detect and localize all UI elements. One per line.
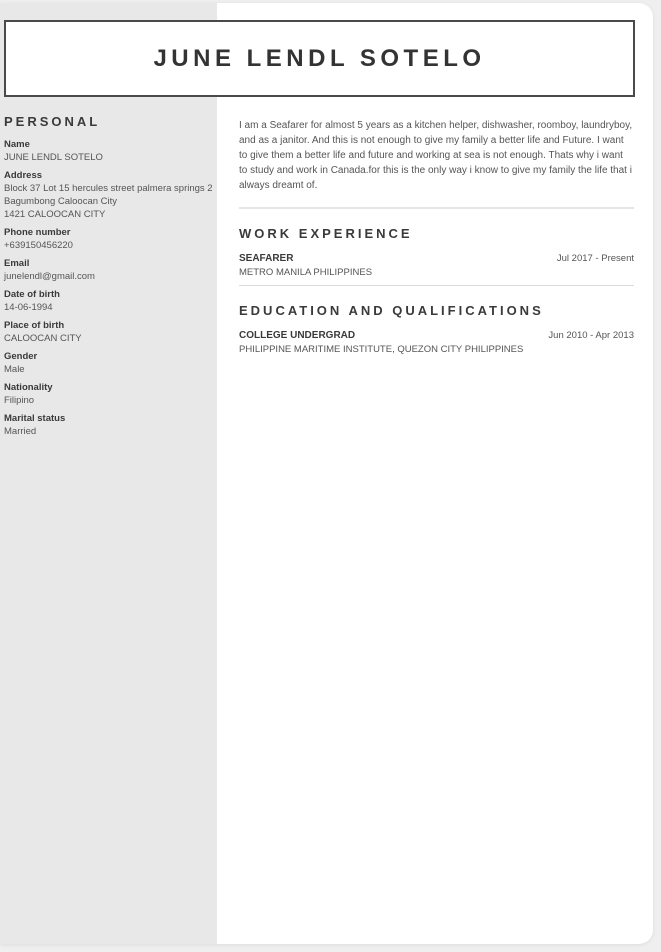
field-label: Place of birth bbox=[4, 319, 214, 332]
education-entry: COLLEGE UNDERGRAD PHILIPPINE MARITIME IN… bbox=[239, 329, 634, 362]
personal-section: PERSONAL Name JUNE LENDL SOTELO Address … bbox=[4, 114, 214, 443]
field-value: Married bbox=[4, 425, 214, 438]
field-gender: Gender Male bbox=[4, 350, 214, 376]
field-label: Marital status bbox=[4, 412, 214, 425]
field-address: Address Block 37 Lot 15 hercules street … bbox=[4, 169, 214, 221]
personal-title: PERSONAL bbox=[4, 114, 214, 129]
entry-title: COLLEGE UNDERGRAD bbox=[239, 329, 523, 343]
field-phone: Phone number +639150456220 bbox=[4, 226, 214, 252]
field-value: Block 37 Lot 15 hercules street palmera … bbox=[4, 182, 214, 221]
resume-header: JUNE LENDL SOTELO bbox=[4, 20, 635, 97]
field-nationality: Nationality Filipino bbox=[4, 381, 214, 407]
field-value: Filipino bbox=[4, 394, 214, 407]
field-name: Name JUNE LENDL SOTELO bbox=[4, 138, 214, 164]
profile-summary: I am a Seafarer for almost 5 years as a … bbox=[239, 118, 634, 209]
field-label: Name bbox=[4, 138, 214, 151]
education-title: EDUCATION AND QUALIFICATIONS bbox=[239, 303, 634, 318]
field-label: Date of birth bbox=[4, 288, 214, 301]
field-value: junelendl@gmail.com bbox=[4, 270, 214, 283]
field-place-of-birth: Place of birth CALOOCAN CITY bbox=[4, 319, 214, 345]
field-label: Gender bbox=[4, 350, 214, 363]
field-value: CALOOCAN CITY bbox=[4, 332, 214, 345]
field-date-of-birth: Date of birth 14-06-1994 bbox=[4, 288, 214, 314]
field-value: 14-06-1994 bbox=[4, 301, 214, 314]
work-experience-title: WORK EXPERIENCE bbox=[239, 226, 634, 241]
entry-date: Jul 2017 - Present bbox=[557, 252, 634, 280]
candidate-name: JUNE LENDL SOTELO bbox=[153, 45, 485, 73]
field-label: Email bbox=[4, 257, 214, 270]
field-label: Phone number bbox=[4, 226, 214, 239]
field-label: Address bbox=[4, 169, 214, 182]
main-content: I am a Seafarer for almost 5 years as a … bbox=[239, 118, 634, 362]
entry-subtitle: PHILIPPINE MARITIME INSTITUTE, QUEZON CI… bbox=[239, 343, 523, 357]
field-value: JUNE LENDL SOTELO bbox=[4, 151, 214, 164]
entry-title: SEAFARER bbox=[239, 252, 372, 266]
resume-page: JUNE LENDL SOTELO PERSONAL Name JUNE LEN… bbox=[0, 3, 653, 944]
entry-date: Jun 2010 - Apr 2013 bbox=[548, 329, 634, 357]
field-marital-status: Marital status Married bbox=[4, 412, 214, 438]
field-label: Nationality bbox=[4, 381, 214, 394]
field-value: +639150456220 bbox=[4, 239, 214, 252]
work-entry: SEAFARER METRO MANILA PHILIPPINES Jul 20… bbox=[239, 252, 634, 286]
field-value: Male bbox=[4, 363, 214, 376]
entry-subtitle: METRO MANILA PHILIPPINES bbox=[239, 266, 372, 280]
field-email: Email junelendl@gmail.com bbox=[4, 257, 214, 283]
